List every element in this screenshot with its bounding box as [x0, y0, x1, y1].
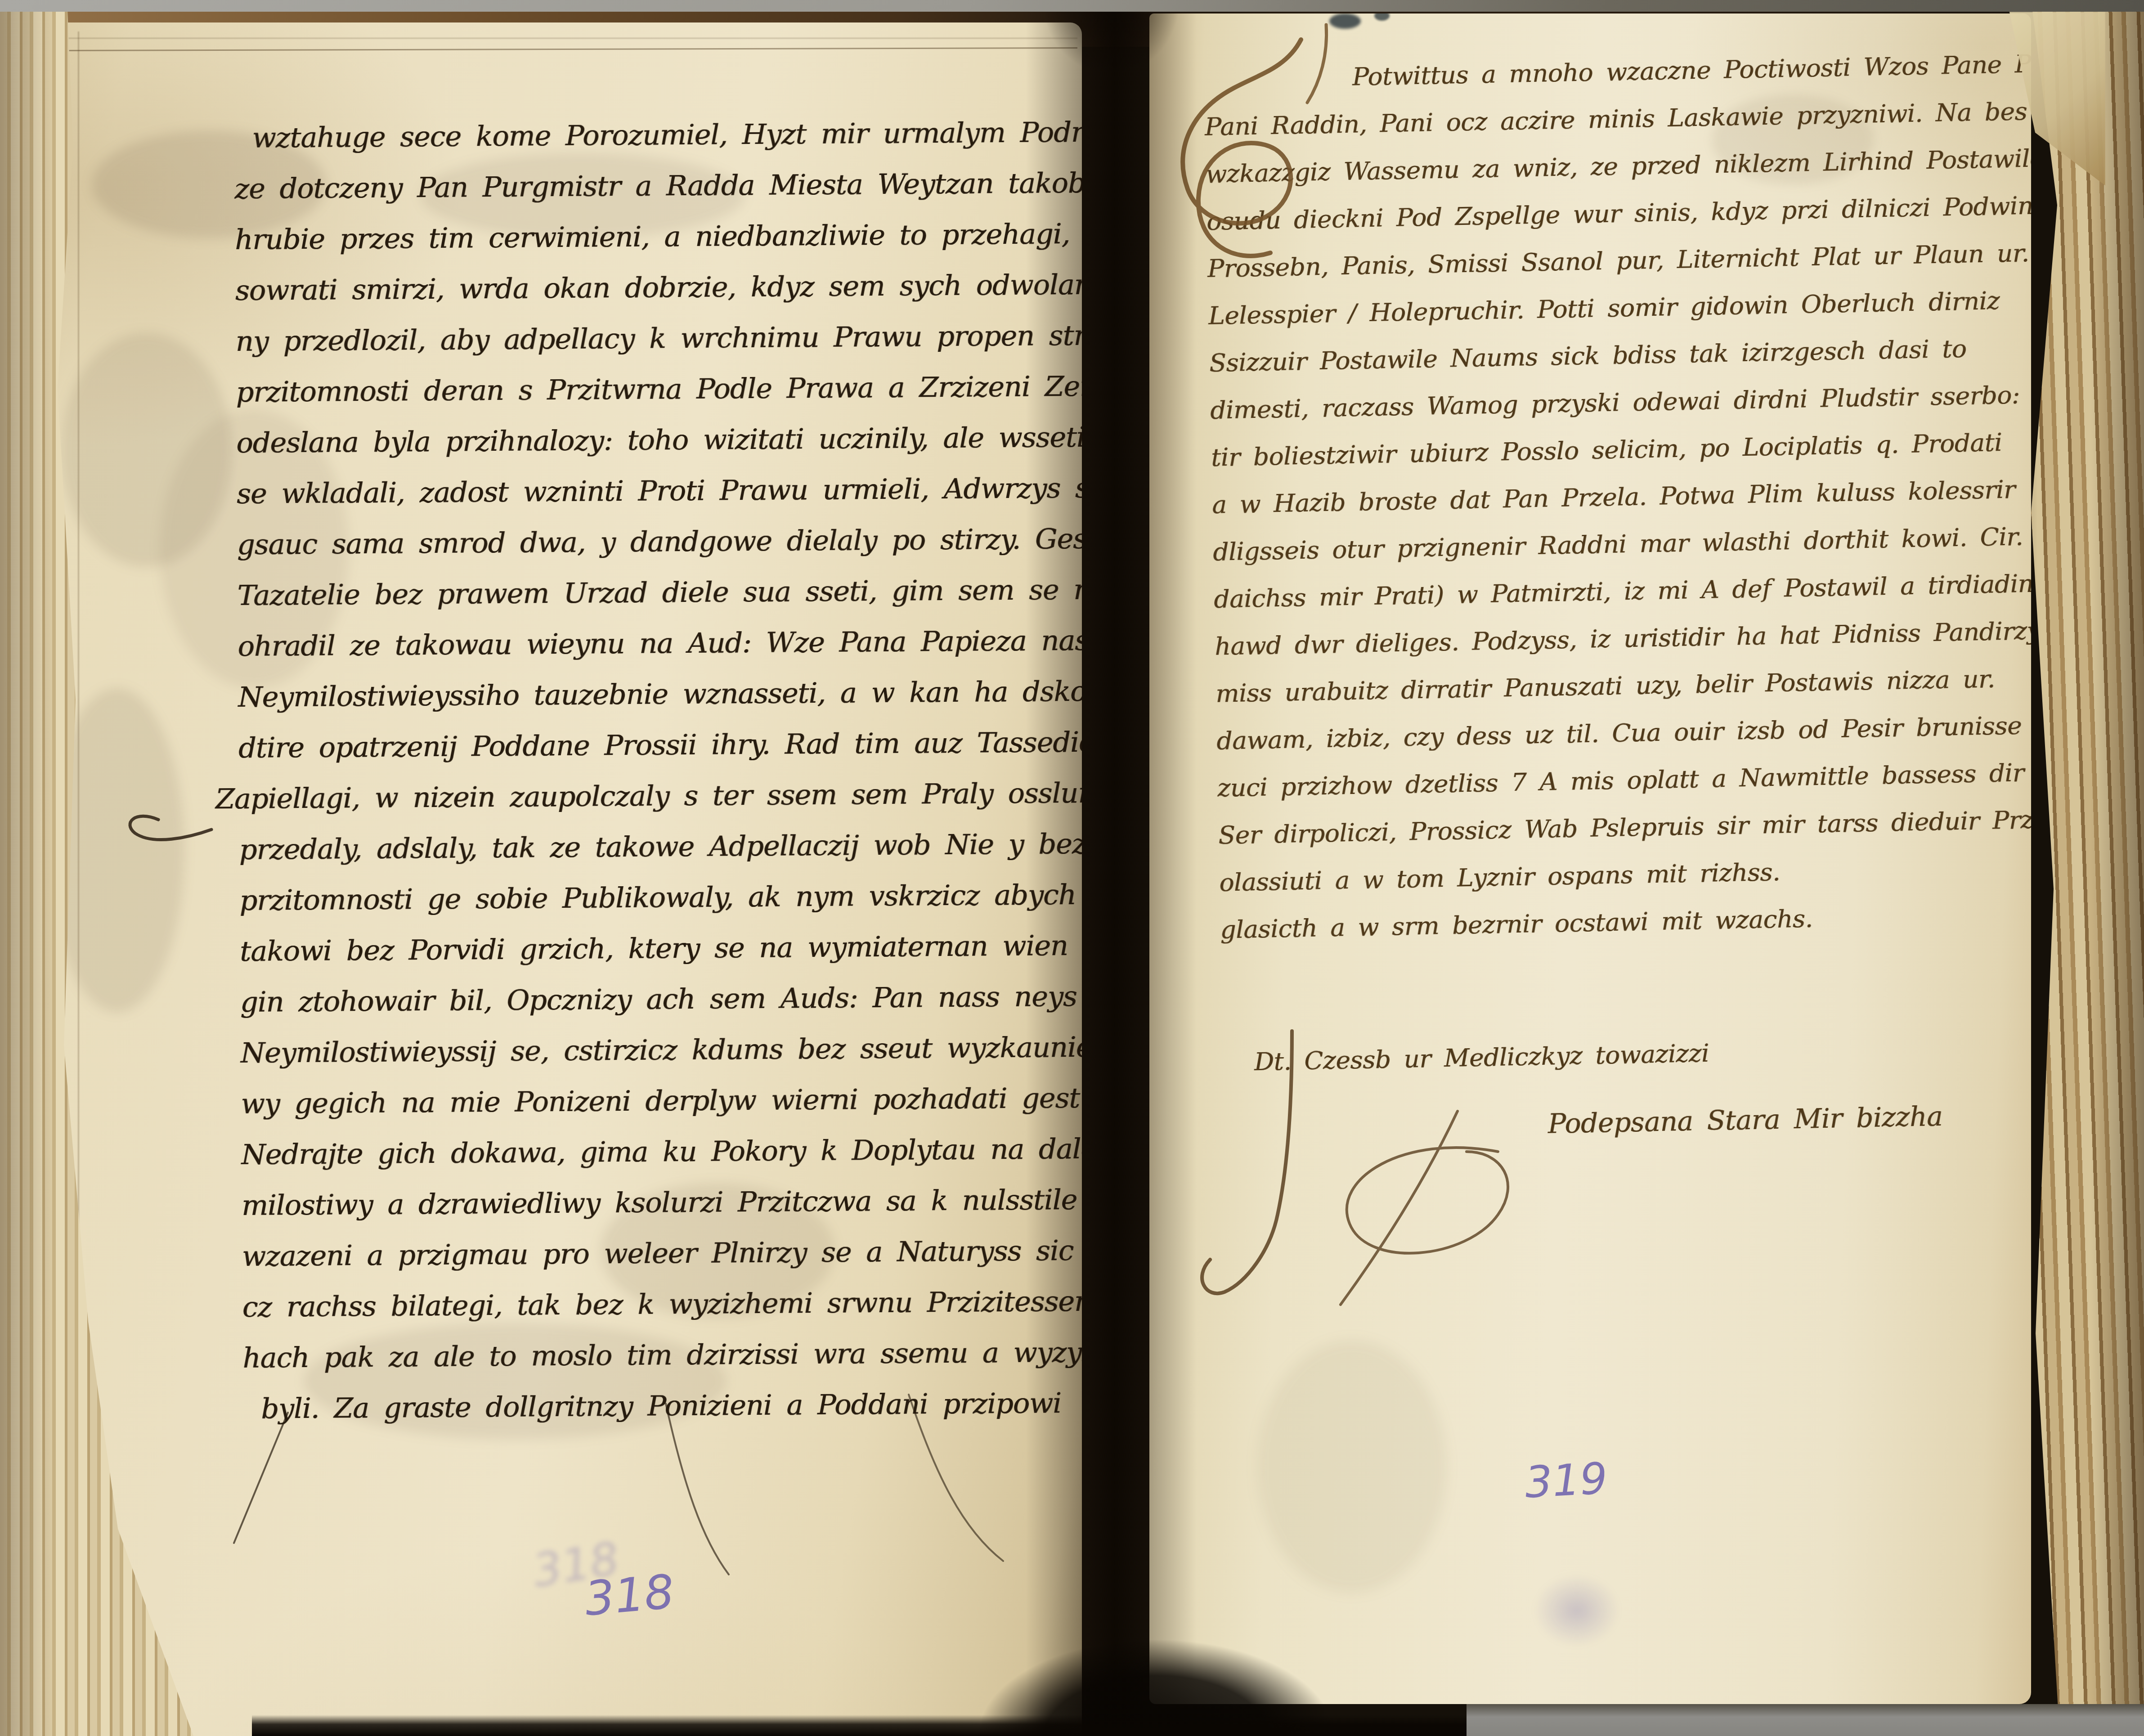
manuscript-line: gsauc sama smrod dwa, y dandgowe dielaly…	[237, 513, 1082, 570]
manuscript-line: milostiwy a dzrawiedliwy ksolurzi Przitc…	[242, 1174, 1082, 1231]
manuscript-line: odeslana byla przihnalozy: toho wizitati…	[236, 412, 1082, 468]
page-number-318: 318	[583, 1564, 676, 1627]
left-page: wztahuge sece kome Porozumiel, Hyzt mir …	[25, 22, 1082, 1736]
manuscript-line: ze dotczeny Pan Purgmistr a Radda Miesta…	[234, 157, 1081, 214]
page-number-319: 319	[1524, 1453, 1609, 1507]
manuscript-line: Zapiellagi, w nizein zaupolczaly s ter s…	[215, 767, 1082, 824]
manuscript-line: se wkladali, zadost wzninti Proti Prawu …	[237, 462, 1082, 519]
ink-smudge	[1329, 13, 1361, 29]
manuscript-line: ohradil ze takowau wieynu na Aud: Wze Pa…	[238, 615, 1082, 672]
manuscript-line: Neymilostiwieyssij se, cstirzicz kdums b…	[240, 1022, 1082, 1078]
manuscript-line: byli. Za graste dollgritnzy Ponizieni a …	[261, 1377, 1082, 1434]
stamp-ghost	[1534, 1575, 1619, 1646]
manuscript-dateline: Dt. Czessb ur Medliczkyz towazizzi	[1254, 1023, 2031, 1086]
manuscript-line: Tazatelie bez prawem Urzad diele sua sse…	[237, 564, 1082, 621]
right-page: Potwittus a mnoho wzaczne Poctiwosti Wzo…	[1149, 13, 2031, 1704]
manuscript-line: wzazeni a przigmau pro weleer Plnirzy se…	[242, 1225, 1082, 1282]
manuscript-line: wy gegich na mie Ponizeni derplyw wierni…	[241, 1072, 1082, 1129]
manuscript-line: dtire opatrzenij Poddane Prossii ihry. R…	[238, 717, 1082, 773]
manuscript-line: ny przedlozil, aby adpellacy k wrchnimu …	[235, 310, 1081, 367]
manuscript-line: hrubie przes tim cerwimieni, a niedbanzl…	[235, 208, 1081, 265]
manuscript-line: wztahuge sece kome Porozumiel, Hyzt mir …	[252, 107, 1080, 163]
manuscript-line: przitomnosti ge sobie Publikowaly, ak ny…	[239, 869, 1082, 926]
manuscript-line: przedaly, adslaly, tak ze takowe Adpella…	[239, 818, 1082, 875]
manuscript-line: przitomnosti deran s Przitwrna Podle Pra…	[236, 361, 1082, 417]
manuscript-book-photo: wztahuge sece kome Porozumiel, Hyzt mir …	[0, 0, 2144, 1736]
scanner-background-bottom	[1467, 1704, 2144, 1736]
manuscript-signature: Podepsana Stara Mir bizzha	[1547, 1091, 2031, 1148]
page-crease-top-2	[65, 38, 1077, 39]
manuscript-line: hach pak za ale to moslo tim dzirzissi w…	[242, 1327, 1082, 1383]
manuscript-line: sowrati smirzi, wrda okan dobrzie, kdyz …	[235, 259, 1081, 316]
ink-bleedthrough	[1257, 1341, 1446, 1592]
page-crease-top	[47, 47, 1077, 51]
scanner-background-top	[0, 0, 2144, 12]
ink-smudge	[1374, 13, 1390, 21]
right-page-text: Potwittus a mnoho wzaczne Poctiwosti Wzo…	[1203, 40, 2031, 1154]
manuscript-line: cz rachss bilategi, tak bez k wyzizhemi …	[242, 1276, 1082, 1332]
manuscript-line: takowi bez Porvidi grzich, ktery se na w…	[240, 920, 1082, 977]
manuscript-line: Nedrajte gich dokawa, gima ku Pokory k D…	[241, 1123, 1082, 1180]
manuscript-line: gin ztohowair bil, Opcznizy ach sem Auds…	[240, 971, 1082, 1027]
book-bottom-shadow	[252, 1715, 1556, 1736]
left-page-text: wztahuge sece kome Porozumiel, Hyzt mir …	[234, 107, 1082, 1434]
manuscript-line: Neymilostiwieyssiho tauzebnie wznasseti,…	[238, 666, 1082, 722]
